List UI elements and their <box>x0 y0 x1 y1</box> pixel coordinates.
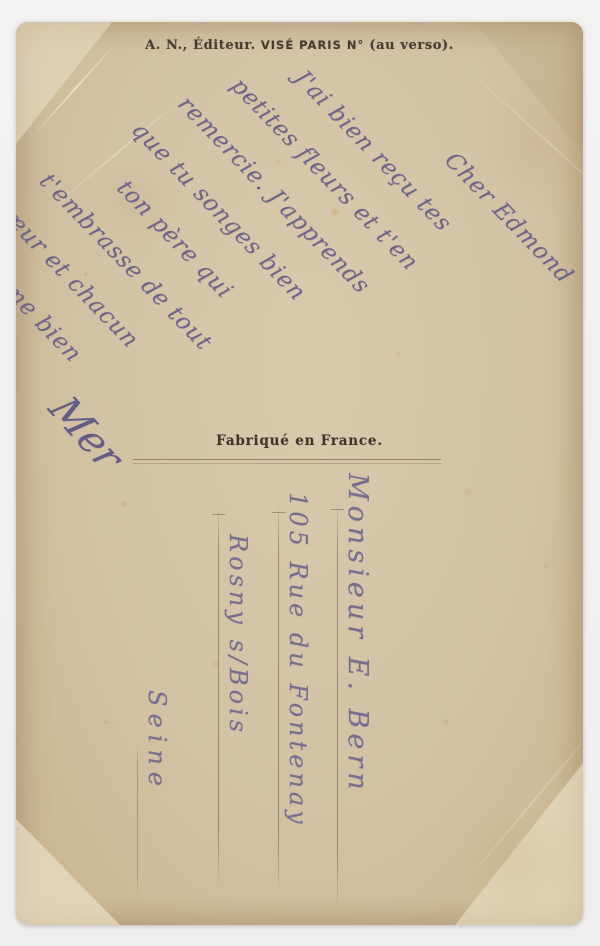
address-rule <box>137 745 138 895</box>
made-in-france-label: Fabriqué en France. <box>16 433 583 449</box>
address-rule <box>218 505 219 887</box>
scan-background: A. N., Éditeur. VISÉ PARIS N° (au verso)… <box>0 0 600 946</box>
address-line-department: Seine <box>143 690 171 793</box>
corner-wear-bottom-left <box>16 819 120 925</box>
crease-mark <box>456 715 583 892</box>
postcard: A. N., Éditeur. VISÉ PARIS N° (au verso)… <box>16 22 583 925</box>
divider-rule <box>133 459 441 464</box>
address-line-town: Rosny s/Bois <box>224 534 252 736</box>
corner-wear-bottom-right <box>455 763 583 925</box>
address-rule <box>278 503 279 895</box>
address-rule <box>337 500 338 912</box>
address-line-street: 105 Rue du Fontenay <box>284 492 312 828</box>
address-line-recipient: Monsieur E. Bern <box>342 473 373 795</box>
